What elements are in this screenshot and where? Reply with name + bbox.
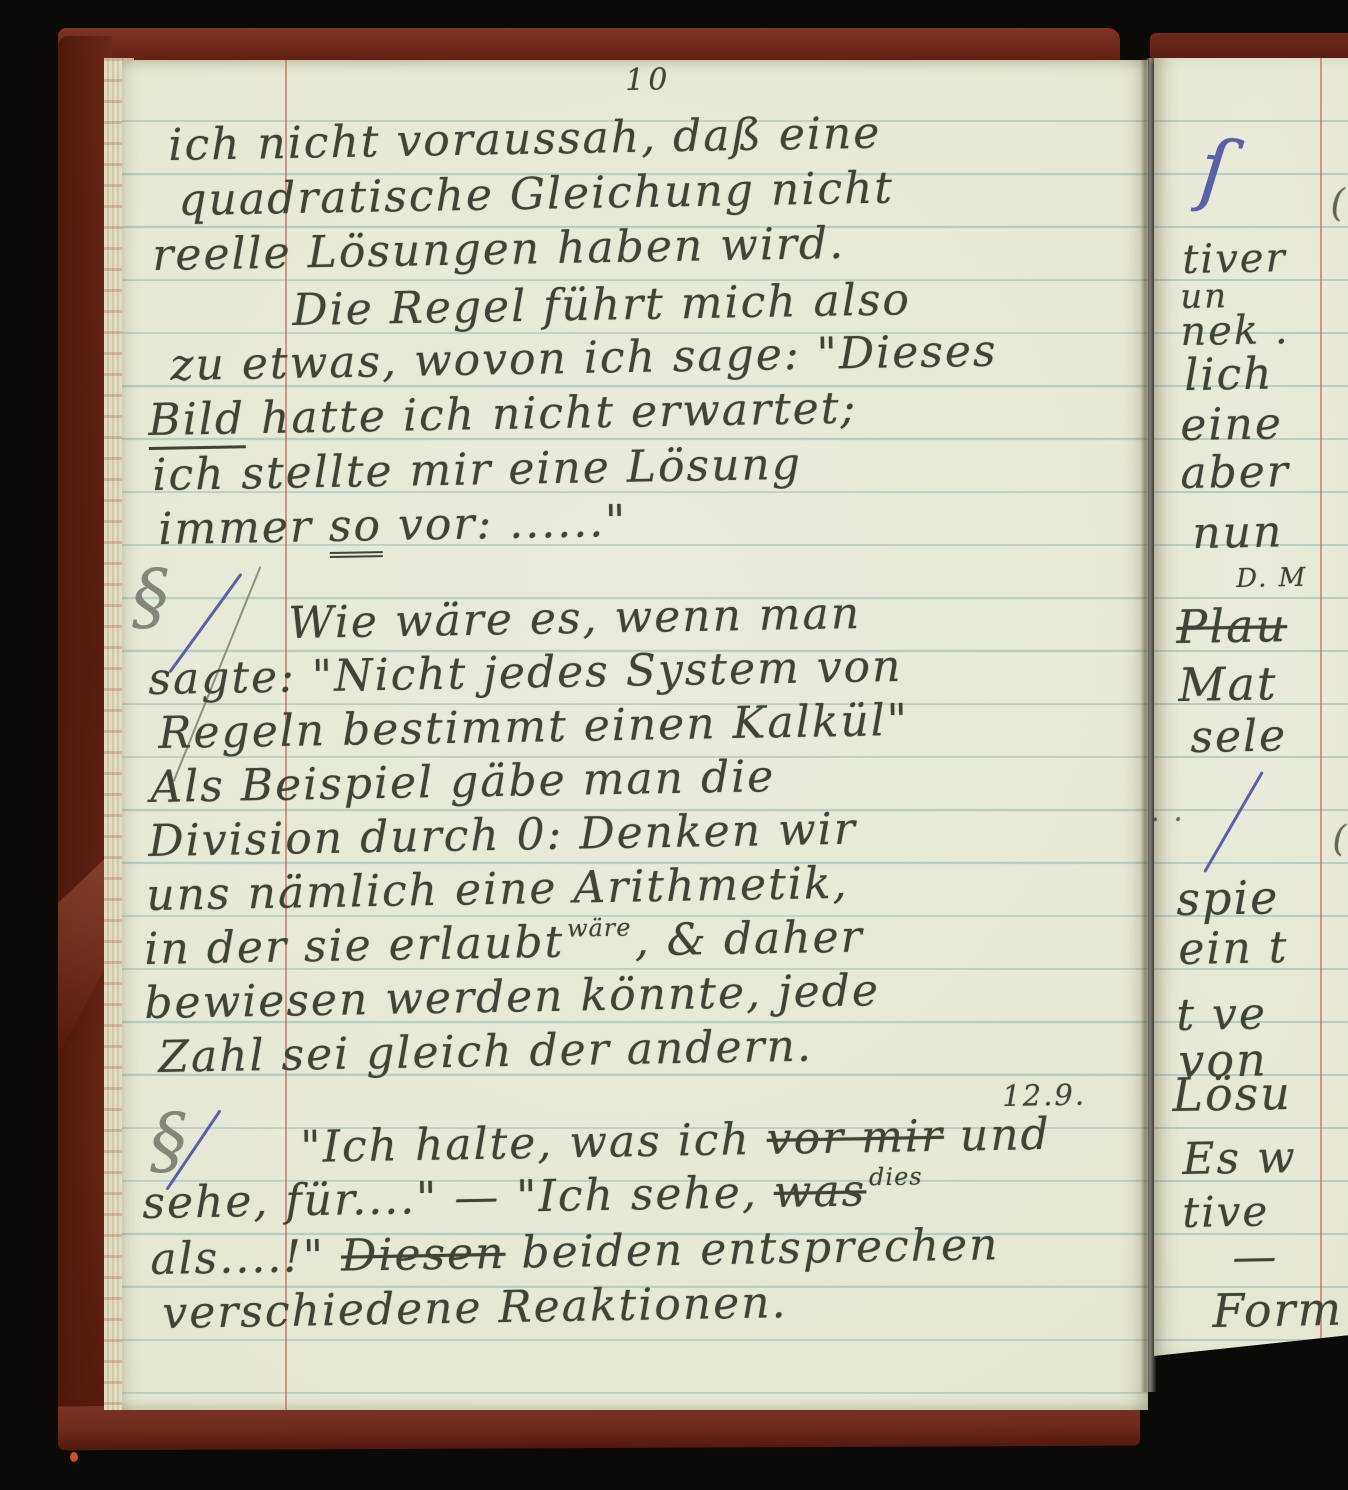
text-fragment: Lösu bbox=[1172, 1070, 1292, 1118]
text-fragment: tiver bbox=[1182, 238, 1287, 280]
text-fragment: — bbox=[1232, 1235, 1279, 1280]
text-fragment: sele bbox=[1190, 714, 1287, 760]
manuscript-line: in der sie erlaubtwäre, & daher bbox=[144, 915, 864, 972]
text-fragment: tive bbox=[1182, 1190, 1270, 1234]
text-fragment: nun bbox=[1192, 510, 1284, 556]
manuscript-line: uns nämlich eine Arithmetik, bbox=[146, 862, 849, 918]
text-fragment: ( bbox=[1330, 184, 1347, 222]
manuscript-line: sagte: "Nicht jedes System von bbox=[148, 645, 903, 702]
text-fragment: ( bbox=[1332, 822, 1348, 858]
line-text: und bbox=[943, 1109, 1051, 1162]
gutter-crease bbox=[1140, 58, 1156, 1392]
text-fragment: eine bbox=[1180, 402, 1283, 448]
manuscript-line: Zahl sei gleich der andern. bbox=[158, 1025, 813, 1080]
line-text: immer bbox=[158, 501, 329, 555]
manuscript-line: "Ich halte, was ich vor mir und bbox=[300, 1113, 1051, 1170]
struck-word: vor mir bbox=[766, 1111, 944, 1165]
manuscript-line: sehe, für...." — "Ich sehe, wasdies bbox=[142, 1168, 926, 1226]
red-margin-line bbox=[1320, 58, 1322, 1356]
text-fragment: D. M bbox=[1236, 565, 1308, 592]
text-fragment: ein t bbox=[1178, 926, 1289, 972]
cover-fleck bbox=[70, 1452, 78, 1462]
page-number: 10 bbox=[625, 65, 672, 96]
line-text: als....!" bbox=[150, 1231, 342, 1285]
struck-word: Diesen bbox=[341, 1228, 506, 1282]
manuscript-line: Als Beispiel gäbe man die bbox=[150, 755, 776, 810]
scanned-notebook-spread: 10 ich nicht voraussah, daß eine quadrat… bbox=[0, 0, 1348, 1490]
manuscript-line: bewiesen werden könnte, jede bbox=[144, 969, 880, 1026]
struck-word: was bbox=[773, 1165, 866, 1218]
line-text: in der sie erlaubt bbox=[144, 917, 565, 975]
text-fragment: aber bbox=[1180, 450, 1290, 496]
text-fragment: spie bbox=[1176, 874, 1280, 922]
text-fragment: lich bbox=[1184, 352, 1274, 398]
underlined-word: Bild bbox=[148, 393, 246, 450]
line-text: hatte ich nicht erwartet; bbox=[245, 383, 858, 445]
line-text: , & daher bbox=[634, 911, 864, 966]
text-fragment: nek . bbox=[1180, 310, 1290, 352]
text-fragment: · · bbox=[1150, 805, 1185, 836]
section-mark: § bbox=[132, 560, 169, 634]
manuscript-line: ich nicht voraussah, daß eine bbox=[168, 112, 882, 168]
manuscript-line: quadratische Gleichung nicht bbox=[178, 167, 894, 223]
manuscript-line: Die Regel führt mich also bbox=[292, 278, 911, 333]
inserted-word: wäre bbox=[567, 915, 632, 940]
manuscript-line: Regeln bestimmt einen Kalkül" bbox=[158, 699, 909, 756]
manuscript-line: Wie wäre es, wenn man bbox=[288, 592, 861, 646]
line-text: "Ich halte, was ich bbox=[300, 1114, 767, 1173]
inserted-word: dies bbox=[869, 1164, 923, 1189]
text-fragment: t ve bbox=[1176, 992, 1267, 1038]
line-text: vor: ......" bbox=[382, 496, 628, 551]
manuscript-line: verschiedene Reaktionen. bbox=[162, 1281, 788, 1336]
manuscript-line: Bild hatte ich nicht erwartet; bbox=[148, 387, 858, 443]
manuscript-line: ich stellte mir eine Lösung bbox=[152, 443, 802, 498]
text-fragment: Form bbox=[1212, 1286, 1344, 1334]
date-note: 12.9. bbox=[1002, 1081, 1086, 1111]
line-text: beiden entsprechen bbox=[505, 1219, 1000, 1279]
manuscript-line: immer so vor: ......" bbox=[158, 500, 628, 552]
manuscript-line: reelle Lösungen haben wird. bbox=[152, 222, 845, 278]
manuscript-line: Division durch 0: Denken wir bbox=[148, 808, 857, 864]
struck-text-fragment: Plau bbox=[1176, 602, 1288, 650]
underlined-word: so bbox=[328, 500, 382, 558]
text-fragment: Es w bbox=[1182, 1136, 1297, 1182]
text-fragment: Mat bbox=[1178, 660, 1278, 708]
